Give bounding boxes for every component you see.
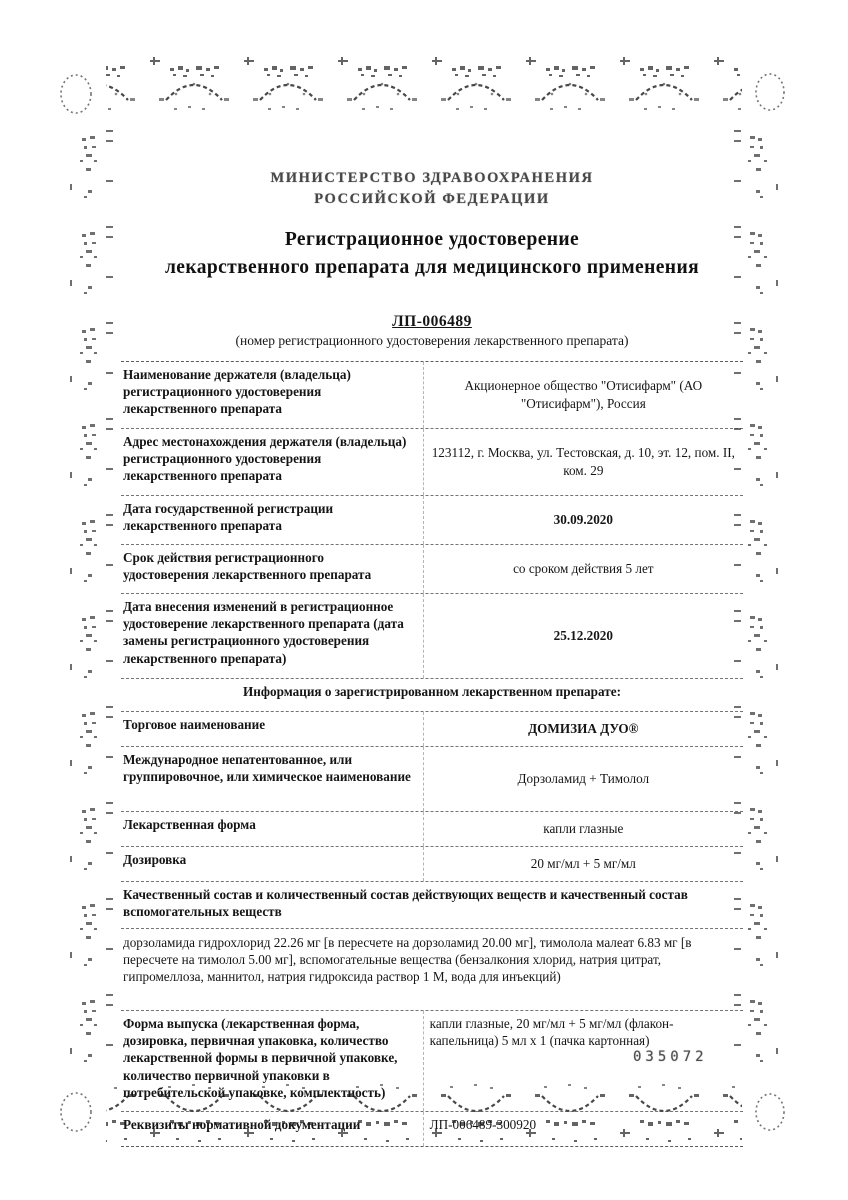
registration-date-label: Дата государственной регистрации лекарст… <box>121 496 423 544</box>
registration-number: ЛП-006489 <box>121 313 743 331</box>
ministry-line-1: МИНИСТЕРСТВО ЗДРАВООХРАНЕНИЯ <box>121 168 743 189</box>
trade-name-value: ДОМИЗИА ДУО® <box>423 712 743 746</box>
document-title-line-1: Регистрационное удостоверение <box>121 226 743 254</box>
trade-name-label: Торговое наименование <box>121 712 423 746</box>
validity-period-label: Срок действия регистрационного удостовер… <box>121 545 423 593</box>
ministry-name: МИНИСТЕРСТВО ЗДРАВООХРАНЕНИЯ РОССИЙСКОЙ … <box>121 168 743 210</box>
composition-title: Качественный состав и количественный сос… <box>121 882 743 928</box>
row-amendment-date: Дата внесения изменений в регистрационно… <box>121 593 743 678</box>
holder-name-label: Наименование держателя (владельца) регис… <box>121 362 423 428</box>
guilloche-border-left <box>66 118 116 1080</box>
certificate-page: МИНИСТЕРСТВО ЗДРАВООХРАНЕНИЯ РОССИЙСКОЙ … <box>0 0 848 1200</box>
dosage-form-value: капли глазные <box>423 812 743 846</box>
row-composition-text: дорзоламида гидрохлорид 22.26 мг [в пере… <box>121 928 743 1010</box>
row-dosage-form: Лекарственная форма капли глазные <box>121 811 743 846</box>
row-registration-date: Дата государственной регистрации лекарст… <box>121 495 743 544</box>
document-title: Регистрационное удостоверение лекарствен… <box>121 226 743 283</box>
dosage-value: 20 мг/мл + 5 мг/мл <box>423 847 743 881</box>
composition-text: дорзоламида гидрохлорид 22.26 мг [в пере… <box>121 929 743 1010</box>
dosage-form-label: Лекарственная форма <box>121 812 423 846</box>
amendment-date-label: Дата внесения изменений в регистрационно… <box>121 594 423 678</box>
normative-docs-value: ЛП-006489-300920 <box>423 1112 743 1146</box>
document-title-line-2: лекарственного препарата для медицинског… <box>121 254 743 282</box>
row-info-header: Информация о зарегистрированном лекарств… <box>121 678 743 711</box>
row-inn-name: Международное непатентованное, или групп… <box>121 746 743 811</box>
serial-number: 035072 <box>633 1049 708 1065</box>
row-composition-title: Качественный состав и количественный сос… <box>121 881 743 928</box>
dosage-label: Дозировка <box>121 847 423 881</box>
validity-period-value: со сроком действия 5 лет <box>423 545 743 593</box>
holder-name-value: Акционерное общество "Отисифарм" (АО "От… <box>423 362 743 428</box>
certificate-table: Наименование держателя (владельца) регис… <box>121 361 743 1147</box>
normative-docs-label: Реквизиты нормативной документации <box>121 1112 423 1146</box>
release-form-label: Форма выпуска (лекарственная форма, дози… <box>121 1011 423 1111</box>
row-trade-name: Торговое наименование ДОМИЗИА ДУО® <box>121 711 743 746</box>
inn-name-label: Международное непатентованное, или групп… <box>121 747 423 811</box>
registration-number-caption: (номер регистрационного удостоверения ле… <box>121 333 743 349</box>
registration-date-value: 30.09.2020 <box>423 496 743 544</box>
amendment-date-value: 25.12.2020 <box>423 594 743 678</box>
row-holder-name: Наименование держателя (владельца) регис… <box>121 362 743 428</box>
row-validity-period: Срок действия регистрационного удостовер… <box>121 544 743 593</box>
row-holder-address: Адрес местонахождения держателя (владель… <box>121 428 743 495</box>
ministry-line-2: РОССИЙСКОЙ ФЕДЕРАЦИИ <box>121 189 743 210</box>
certificate-content: МИНИСТЕРСТВО ЗДРАВООХРАНЕНИЯ РОССИЙСКОЙ … <box>121 0 743 1147</box>
info-header: Информация о зарегистрированном лекарств… <box>121 679 743 711</box>
holder-address-value: 123112, г. Москва, ул. Тестовская, д. 10… <box>423 429 743 495</box>
row-dosage: Дозировка 20 мг/мл + 5 мг/мл <box>121 846 743 881</box>
holder-address-label: Адрес местонахождения держателя (владель… <box>121 429 423 495</box>
row-normative-docs: Реквизиты нормативной документации ЛП-00… <box>121 1111 743 1146</box>
inn-name-value: Дорзоламид + Тимолол <box>423 747 743 811</box>
